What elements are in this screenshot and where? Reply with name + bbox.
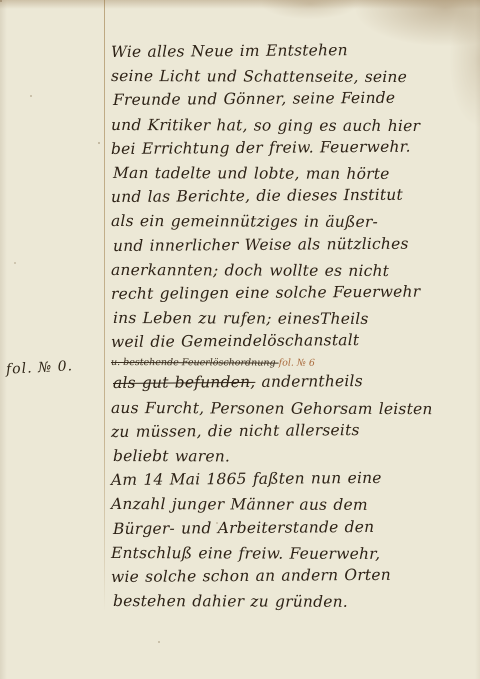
manuscript-line: zu müssen, die nicht allerseits [111,417,473,444]
manuscript-line: bei Errichtung der freiw. Feuerwehr. [111,134,473,161]
manuscript-line: weil die Gemeindelöschanstalt [111,327,473,354]
paper-speckles [0,0,2,2]
manuscript-line: wie solche schon an andern Orten [111,562,473,589]
manuscript-line: Wie alles Neue im Entstehen [111,37,473,64]
manuscript-line: und las Berichte, die dieses Institut [111,182,473,209]
fold-crease [104,0,105,612]
margin-note: fol. № 0. [6,358,74,377]
manuscript-line: und innerlicher Weise als nützliches [113,231,473,258]
manuscript-line: Am 14 Mai 1865 faßten nun eine [111,465,473,492]
red-ink-annotation: fol. № 6 [279,358,315,369]
manuscript-text-block: Wie alles Neue im Entstehenseine Licht u… [111,40,473,613]
manuscript-line: Freunde und Gönner, seine Feinde [113,86,473,113]
manuscript-line: bestehen dahier zu gründen. [113,589,473,614]
manuscript-line: recht gelingen eine solche Feuerwehr [111,279,473,306]
document-page: fol. № 0. Wie alles Neue im Entstehensei… [0,0,480,679]
manuscript-line: als gut befunden, anderntheils [113,369,473,396]
manuscript-line: Bürger- und Arbeiterstande den [113,514,473,541]
